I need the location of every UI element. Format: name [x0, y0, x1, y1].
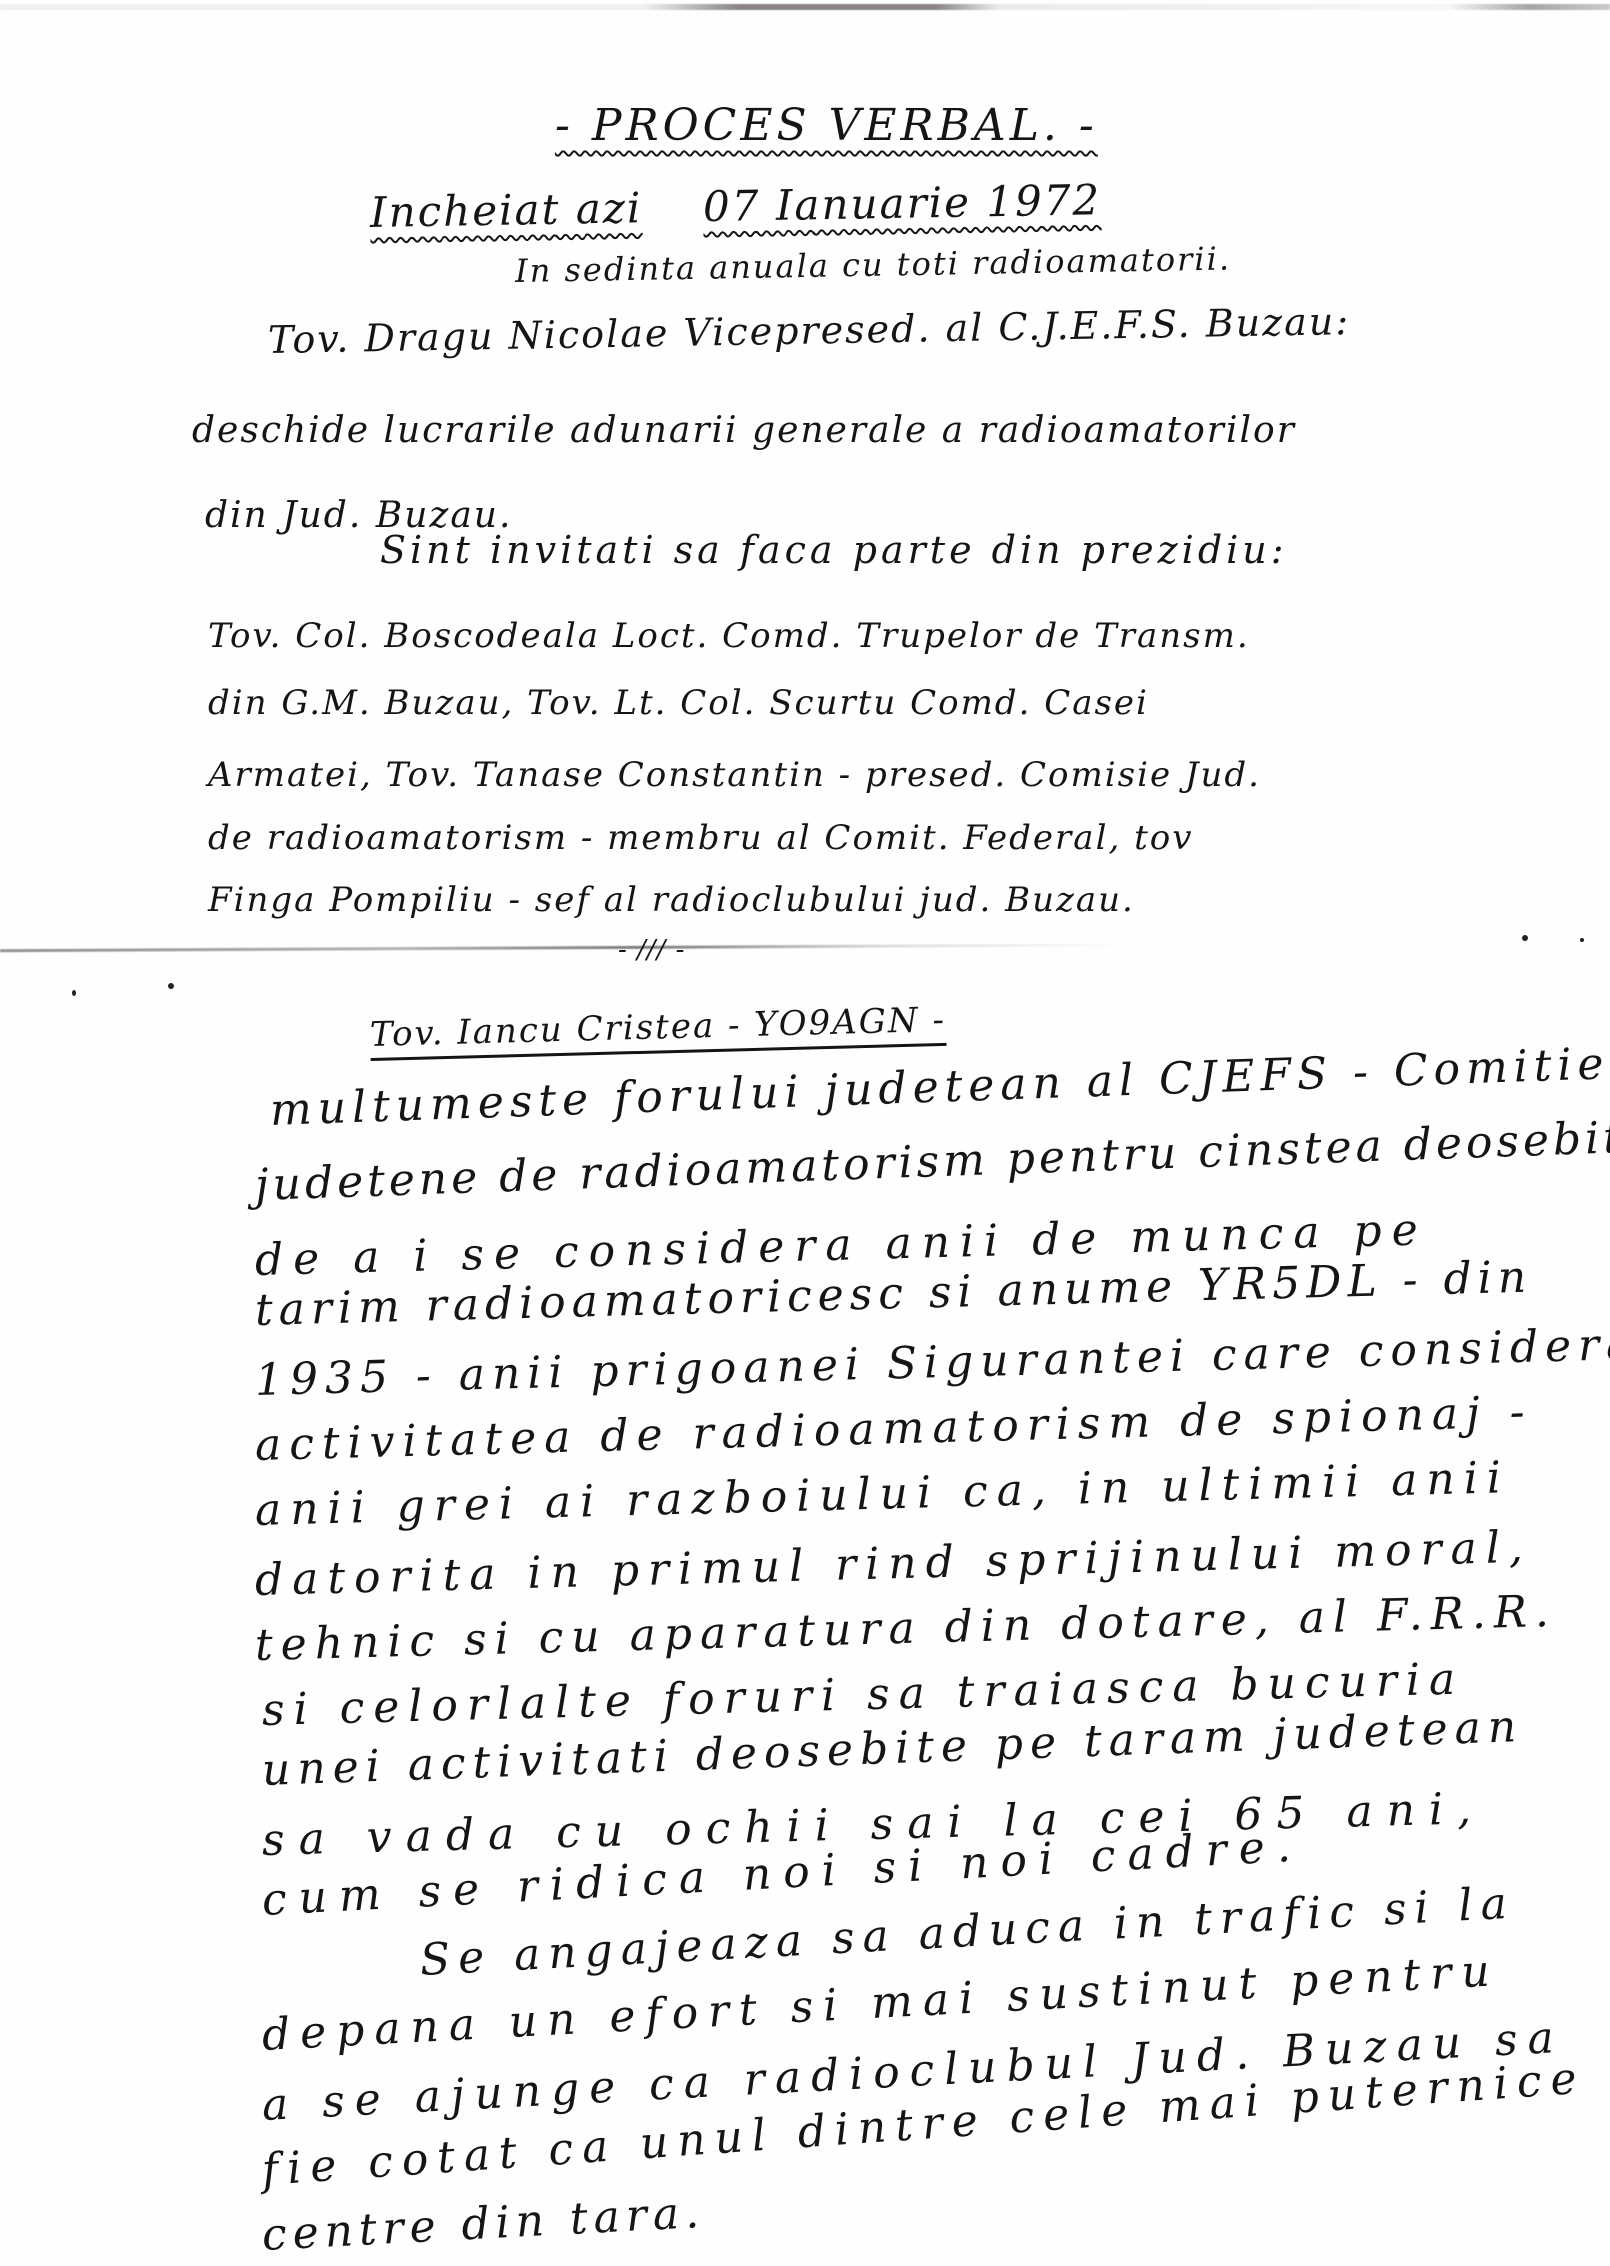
subtitle-date: 07 Ianuarie 1972: [703, 175, 1102, 231]
text-line: de radioamatorism - membru al Comit. Fed…: [208, 818, 1193, 858]
subtitle-prefix: Incheiat azi: [370, 183, 643, 237]
page-fold-line: [0, 941, 1610, 952]
speaker-heading: Tov. Iancu Cristea - YO9AGN -: [369, 1000, 946, 1055]
text-line: Finga Pompiliu - sef al radioclubului ju…: [208, 880, 1135, 920]
ink-speck: [168, 983, 174, 989]
text-line: centre din tara.: [261, 2187, 707, 2261]
text-line: deschide lucrarile adunarii generale a r…: [192, 410, 1296, 451]
text-line: Sint invitati sa faca parte din prezidiu…: [380, 528, 1288, 572]
text-line: Tov. Dragu Nicolae Vicepresed. al C.J.E.…: [268, 299, 1351, 362]
section-separator: - /// -: [618, 935, 685, 965]
scanned-page: - PROCES VERBAL. - Incheiat azi 07 Ianua…: [0, 0, 1610, 2266]
scan-edge-artifact: [0, 4, 1610, 10]
text-line: In sedinta anuala cu toti radioamatorii.: [515, 240, 1232, 290]
text-line: Armatei, Tov. Tanase Constantin - presed…: [208, 755, 1261, 795]
text-line: din G.M. Buzau, Tov. Lt. Col. Scurtu Com…: [208, 683, 1149, 723]
text-line: Tov. Col. Boscodeala Loct. Comd. Trupelo…: [208, 616, 1250, 656]
ink-speck: [1522, 935, 1528, 941]
document-subtitle: Incheiat azi 07 Ianuarie 1972: [370, 175, 1102, 237]
ink-speck: [72, 990, 76, 996]
document-title: - PROCES VERBAL. -: [555, 100, 1098, 151]
ink-speck: [1580, 938, 1584, 942]
